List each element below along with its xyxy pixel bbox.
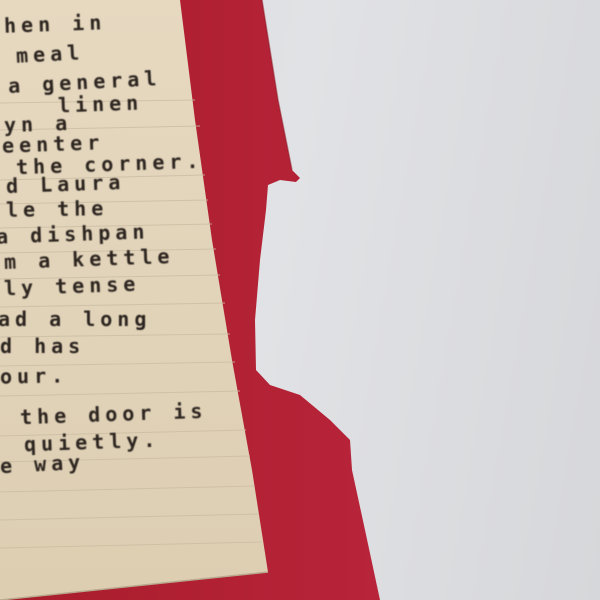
note-line: our. [0, 363, 68, 388]
note-line: d has [0, 334, 85, 358]
note-line: hen in [4, 10, 107, 38]
note-line: meal [15, 40, 84, 68]
note-line: d Laura [6, 170, 126, 198]
note-line: le the [6, 196, 109, 222]
note-line: ad a long [0, 307, 151, 331]
note-line: e way [0, 450, 86, 478]
note-line: ly tense [4, 272, 141, 301]
photo-scene: hen in meal a general linen yn a eenter … [0, 0, 600, 600]
